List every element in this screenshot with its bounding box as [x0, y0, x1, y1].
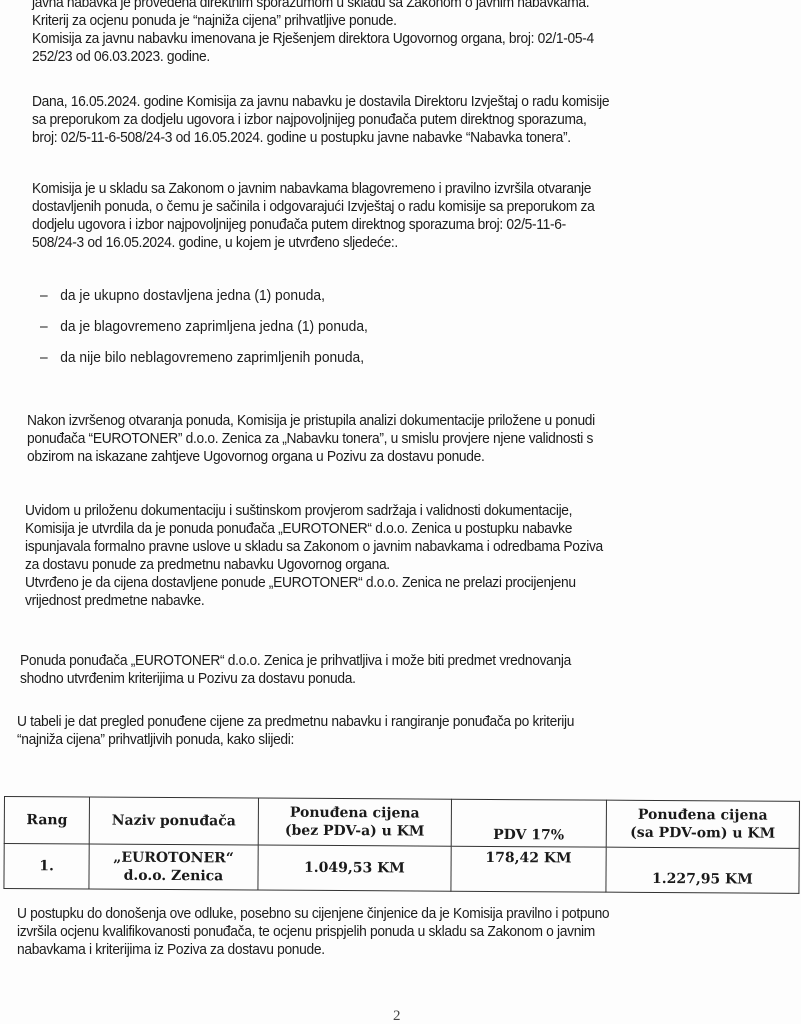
- page-number: 2: [393, 1008, 401, 1024]
- text-line: U postupku do donošenja ove odluke, pose…: [17, 905, 609, 923]
- text-line: Komisija za javnu nabavku imenovana je R…: [32, 30, 594, 48]
- text-line: Kriterij za ocjenu ponuda je “najniža ci…: [32, 12, 594, 30]
- header-rang: Rang: [4, 797, 89, 845]
- cell-vat: 178,42 KM: [451, 846, 606, 892]
- dash-bullet-icon: –: [40, 349, 60, 366]
- text-line: 508/24-3 od 16.05.2024. godine, u kojem …: [32, 234, 594, 252]
- findings-list: – da je ukupno dostavljena jedna (1) pon…: [40, 287, 368, 380]
- list-item-text: da je ukupno dostavljena jedna (1) ponud…: [60, 287, 325, 304]
- cell-price-without-vat: 1.049,53 KM: [258, 845, 451, 891]
- dash-bullet-icon: –: [40, 287, 60, 304]
- dash-bullet-icon: –: [40, 318, 60, 335]
- table-row: 1. „EUROTONER“ d.o.o. Zenica 1.049,53 KM…: [4, 844, 799, 894]
- text-line: shodno utvrđenim kriterijima u Pozivu za…: [20, 670, 571, 688]
- header-bidder-name: Naziv ponuđača: [89, 797, 258, 845]
- paragraph-documentation-analysis: Nakon izvršenog otvaranja ponuda, Komisi…: [27, 412, 595, 466]
- text-line: U tabeli je dat pregled ponuđene cijene …: [17, 713, 574, 731]
- text-line: javna nabavka je provedena direktnim spo…: [32, 0, 594, 12]
- text-line: vrijednost predmetne nabavke.: [25, 592, 603, 610]
- text-line: dodjelu ugovora i izbor najpovoljnijeg p…: [32, 216, 594, 234]
- header-vat: PDV 17%: [451, 799, 606, 847]
- text-line: obzirom na iskazane zahtjeve Ugovornog o…: [27, 448, 595, 466]
- text-line: dostavljenih ponuda, o čemu je sačinila …: [32, 198, 594, 216]
- cell-rang: 1.: [4, 844, 89, 890]
- header-line: (bez PDV-a) u KM: [285, 823, 425, 840]
- list-item: – da je ukupno dostavljena jedna (1) pon…: [40, 287, 368, 318]
- text-line: ispunjavala formalno pravne uslove u skl…: [25, 538, 603, 556]
- paragraph-validity-check: Uvidom u priloženu dokumentaciju i sušti…: [25, 502, 603, 610]
- paragraph-commission-report: Dana, 16.05.2024. godine Komisija za jav…: [32, 93, 609, 147]
- document-page: javna nabavka je provedena direktnim spo…: [0, 0, 801, 1024]
- text-line: sa preporukom za dodjelu ugovora i izbor…: [32, 111, 609, 129]
- table-header-row: Rang Naziv ponuđača Ponuđena cijena (bez…: [4, 797, 799, 849]
- text-line: “najniža cijena” prihvatljivih ponuda, k…: [17, 731, 574, 749]
- paragraph-table-intro: U tabeli je dat pregled ponuđene cijene …: [17, 713, 574, 749]
- text-line: Nakon izvršenog otvaranja ponuda, Komisi…: [27, 412, 595, 430]
- text-line: Ponuda ponuđača „EUROTONER“ d.o.o. Zenic…: [20, 652, 571, 670]
- list-item: – da je blagovremeno zaprimljena jedna (…: [40, 318, 368, 349]
- cell-price-with-vat: 1.227,95 KM: [606, 847, 800, 893]
- text-line: nabavkama i kriterijima iz Poziva za dos…: [17, 941, 609, 959]
- text-line: Komisija je u skladu sa Zakonom o javnim…: [32, 180, 594, 198]
- header-line: (sa PDV-om) u KM: [630, 825, 775, 842]
- text-line: broj: 02/5-11-6-508/24-3 od 16.05.2024. …: [32, 129, 609, 147]
- bidder-name-line: d.o.o. Zenica: [124, 868, 224, 885]
- text-line: Utvrđeno je da cijena dostavljene ponude…: [25, 574, 603, 592]
- header-line: Ponuđena cijena: [638, 807, 768, 824]
- paragraph-offer-acceptable: Ponuda ponuđača „EUROTONER“ d.o.o. Zenic…: [20, 652, 571, 688]
- cell-bidder-name: „EUROTONER“ d.o.o. Zenica: [89, 844, 258, 890]
- text-line: Komisija je utvrdila da je ponuda ponuđa…: [25, 520, 603, 538]
- paragraph-opening-of-offers: Komisija je u skladu sa Zakonom o javnim…: [32, 180, 594, 252]
- text-line: Uvidom u priloženu dokumentaciju i sušti…: [25, 502, 603, 520]
- list-item-text: da nije bilo neblagovremeno zaprimljenih…: [60, 349, 364, 366]
- bidder-name-line: „EUROTONER“: [113, 850, 234, 867]
- text-line: izvršila ocjenu kvalifikovanosti ponuđač…: [17, 923, 609, 941]
- header-line: Ponuđena cijena: [290, 805, 420, 822]
- list-item: – da nije bilo neblagovremeno zaprimljen…: [40, 349, 368, 380]
- list-item-text: da je blagovremeno zaprimljena jedna (1)…: [60, 318, 368, 335]
- offer-ranking-table: Rang Naziv ponuđača Ponuđena cijena (bez…: [3, 796, 800, 894]
- text-line: ponuđača “EUROTONER” d.o.o. Zenica za „N…: [27, 430, 595, 448]
- text-line: Dana, 16.05.2024. godine Komisija za jav…: [32, 93, 609, 111]
- paragraph-decision-basis: U postupku do donošenja ove odluke, pose…: [17, 905, 609, 959]
- header-price-without-vat: Ponuđena cijena (bez PDV-a) u KM: [258, 798, 451, 846]
- text-line: 252/23 od 06.03.2023. godine.: [32, 48, 594, 66]
- header-price-with-vat: Ponuđena cijena (sa PDV-om) u KM: [606, 800, 800, 848]
- paragraph-procurement-criteria: javna nabavka je provedena direktnim spo…: [32, 0, 594, 66]
- text-line: za dostavu ponude za predmetnu nabavku U…: [25, 556, 603, 574]
